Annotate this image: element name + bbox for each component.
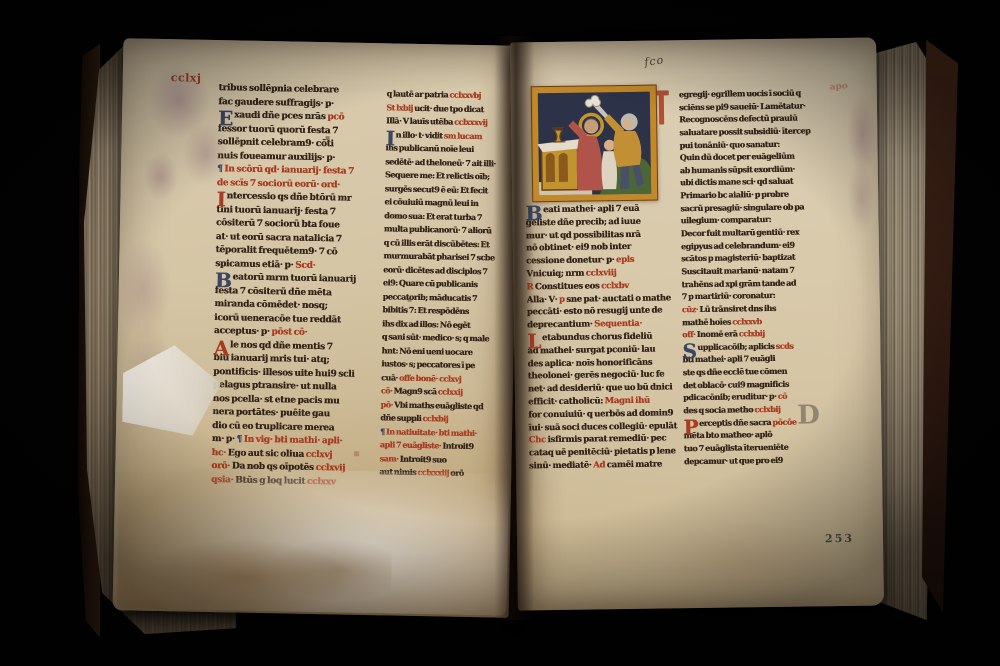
rubric-text: cclxxvbj xyxy=(449,90,481,101)
rubric-text: cclxxvb xyxy=(732,316,762,326)
stain-brown-bottom xyxy=(130,525,392,622)
rubric-text: Ad xyxy=(593,460,605,470)
ink-text: iustos· s; peccatores ī pe xyxy=(381,358,475,370)
ink-text: for conuiuiū· q uerbōs ad domin9 xyxy=(528,408,673,420)
right-page: fco apo Beati mathei xyxy=(510,37,884,610)
rubric-text: cclxviij xyxy=(586,268,617,278)
ink-text: q sani sūt· medico· s; q male xyxy=(382,331,489,343)
ink-text: theolonei· gerēs negociū· luc fe xyxy=(528,370,665,382)
ink-text: le nos qd dñe mentis 7 xyxy=(230,340,333,352)
executioner-tunic xyxy=(613,131,641,167)
rubric-text: Sequentia· xyxy=(592,319,642,330)
parchment-tear-patch xyxy=(122,344,222,436)
ink-text: Suscitauit marianū· natam 7 xyxy=(681,265,794,277)
ink-text: Decor fuit multarū gentiū· rex xyxy=(681,227,799,239)
ink-text: cōsiterū 7 sociorū bta foue xyxy=(216,218,340,230)
stain-warm-bottom-right xyxy=(626,500,868,613)
ink-text: cataq uē penitēciū· pietatis p lene xyxy=(529,446,676,458)
ink-text: Lū trānsiret dns ihs xyxy=(699,303,776,314)
ink-text: ubi dictis mane sci· qd saluat xyxy=(680,176,793,188)
left-page: cclxj tribus sollēpnia celebrarefac gaud… xyxy=(113,38,520,617)
ink-specks xyxy=(123,38,125,40)
ink-text: upplicacōib; aplicis xyxy=(697,341,775,352)
red-initial-fragment xyxy=(659,90,664,124)
ink-text: aut nimis xyxy=(379,466,417,477)
ink-text: Illā· V lauīs utēba xyxy=(386,115,454,126)
ink-text: ei9: Quare cū publicanis xyxy=(383,277,478,289)
ink-text: fessor tuorū quorū festa 7 xyxy=(218,124,338,136)
rubric-text: hc· xyxy=(211,448,225,458)
ink-text: hnt: Nō eni ueni uocare xyxy=(381,345,472,357)
page-number-stamp: 253 xyxy=(825,532,854,545)
ink-text: īui· suā soci duces collegiū· epulāt xyxy=(528,421,677,433)
ink-text: murmurabāt pharisei 7 scbe xyxy=(383,250,494,262)
ink-text: saluatare possit subsidiū· ītercep xyxy=(679,125,810,137)
ink-text: trahēns ad xpi grām tande ad xyxy=(681,277,796,289)
ink-text: pui tonāniū· quo sanatur: xyxy=(679,138,779,149)
ink-text: ei cōuiuiū magnū leui in xyxy=(384,196,478,208)
rubric-text: cclxxv xyxy=(307,476,336,487)
ink-text: mathē hoīes xyxy=(682,316,732,327)
ink-text: mur· ut qd possibilitas nrā xyxy=(526,229,641,241)
right-page-column-1: Beati mathei· apli 7 euāgeliste dñe prec… xyxy=(525,202,701,476)
ink-text: ihs publicanū noīe leui xyxy=(385,142,473,154)
rubric-text: Scd· xyxy=(293,260,315,270)
ink-text: n illo· t· vidit xyxy=(396,129,444,140)
ink-text: fac gaudere suffragijs· p· xyxy=(218,97,334,109)
rubric-text: de scīs 7 sociorū eorū· ord· xyxy=(217,178,340,190)
ink-text: Inomē erā xyxy=(697,329,739,340)
ink-text: Introit9 suo xyxy=(400,453,447,464)
rubric-text: epls xyxy=(614,255,634,265)
rubric-text: cūz· xyxy=(682,304,700,314)
ink-text: tēporalit frequētem9· 7 cō xyxy=(215,245,337,257)
ink-text: dñe suppli xyxy=(380,412,422,423)
ink-text: eati mathei· apli 7 euā xyxy=(543,204,639,215)
ink-text: ihs dix ad illos: Nō egēt xyxy=(382,318,470,330)
ink-text: des q socia metho xyxy=(683,404,754,415)
rubric-text: pōst cō· xyxy=(269,327,307,338)
rubric-text: cclxbij xyxy=(754,404,780,414)
ink-text: orō xyxy=(449,468,464,478)
left-page-column-2: q lautē ar patria cclxxvbjSt lxbij ucit·… xyxy=(379,87,517,483)
ink-text: peccatorib; māducatis 7 xyxy=(383,291,478,303)
ink-text: geliste dñe precib; ad iuue xyxy=(526,217,641,229)
ink-text: ucit· due tpo dicat xyxy=(414,102,484,113)
ink-text: festa 7 cōsiterū dñe mēta xyxy=(215,286,332,298)
ink-text: sne pat· auctati o mathe xyxy=(565,293,671,304)
manuscript-text-line: cataq uē penitēciū· pietatis p lene xyxy=(529,445,701,460)
ink-text: 7 p martiriū· coronatur: xyxy=(682,290,776,301)
ink-text: Ego aut sic oliua xyxy=(226,448,306,460)
ink-text: domo sua: Et erat turba 7 xyxy=(384,210,482,222)
ink-text: surgēs secut9 ē eū: Et fecit xyxy=(385,183,488,195)
ink-text: cessione donetur· p· xyxy=(526,255,614,266)
ink-text: des aplica· noīs honorificāns xyxy=(527,357,652,369)
ink-text: Introit9 xyxy=(442,440,473,451)
ink-text: dio cū eo truplicare merea xyxy=(212,421,334,433)
rubric-text: pō· xyxy=(380,399,394,409)
ink-text: q cū illis erāt discūbētes: Et xyxy=(384,237,490,249)
rubric-text: cclxbv xyxy=(601,281,629,291)
ink-text: uilegium· comparatur: xyxy=(680,214,771,225)
rubric-text: cclxbij xyxy=(422,413,448,423)
rubric-text: cclxxxiij xyxy=(417,467,449,478)
ink-text: Btūs g loq lucit xyxy=(233,475,307,486)
ink-text: isfirmis parat remediū· pec xyxy=(547,434,666,446)
rubric-text: scds xyxy=(776,340,794,350)
ink-text: ab humanis sūpsit exordiūm· xyxy=(680,163,795,175)
ink-text: net· ad desideriū· que uo bū dnici xyxy=(528,383,672,395)
manuscript-text-line: sciēns se pi9 saueiū· Lamētatur· xyxy=(679,99,827,114)
rubric-text: Magni ihū xyxy=(605,396,650,407)
ink-text: Alla· V· xyxy=(527,295,559,305)
ink-text: egregij· egrillem uocis ī sociū q xyxy=(679,88,801,100)
miniature-martyrdom-of-st-matthew xyxy=(531,85,659,203)
ink-text: Recognoscēns defectū prauiū xyxy=(679,113,797,125)
ink-text: multa publicanorū· 7 aliorū xyxy=(384,223,492,235)
rubric-text: pōcōe xyxy=(772,416,796,426)
ink-text: etabundus chorus fideliū xyxy=(542,332,652,344)
ink-text: ad mathei· surgat pconiū· lau xyxy=(527,344,655,356)
ink-text: xaudi dñe pces nrās xyxy=(234,110,326,122)
ink-text: tribus sollēpnia celebrare xyxy=(218,83,338,95)
ink-text: nera portātes· puēite gau xyxy=(212,407,330,419)
ink-text: ste qs dñe ecclē tue cōmen xyxy=(683,366,787,377)
manuscript-text-line: sinū· mediatē· Ad camēi matre xyxy=(529,458,701,473)
ink-inscription: fco xyxy=(644,53,665,69)
ink-text: eorū· dicētes ad disciplos 7 xyxy=(383,264,487,276)
ink-text: bibitis 7: Et respōdēns xyxy=(382,304,469,316)
stain-purple-mid-left xyxy=(118,238,179,409)
ink-text: cuā· xyxy=(381,372,399,382)
ink-text: pdicacōnib; eruditur· p· xyxy=(683,391,778,402)
ink-text: erceptis dñe sacra xyxy=(699,417,773,428)
folio-mark-left: cclxj xyxy=(171,71,202,85)
ink-text: eatorū mrm tuorū ianuarij xyxy=(232,272,355,284)
rubric-text: cō xyxy=(778,391,787,401)
ink-text: sacrū presagiū· singulare ob pa xyxy=(680,201,804,213)
rubric-text: offe bonē· cclxvj xyxy=(399,372,461,383)
rubric-text: qsia· xyxy=(211,475,233,485)
ink-text: Da nob qs oīpotēs xyxy=(230,461,316,473)
rubric-text: cclxvj xyxy=(306,449,333,460)
ink-text: Magn9 scā xyxy=(393,386,437,397)
rubric-text: In natiuitate· bti mathi· xyxy=(385,426,477,438)
ink-text: biū ianuarij mris tui· atq; xyxy=(213,353,329,365)
ink-text: pontificis· illesos uite hui9 scli xyxy=(213,367,354,380)
rubric-text: sm lucam xyxy=(444,130,482,141)
rubric-text: orō· xyxy=(211,461,230,471)
ink-text: pelagus ptransire· ut nulla xyxy=(213,380,337,392)
rubric-text: In scōrū qd· ianuarij· festa 7 xyxy=(222,164,354,177)
rubric-text: apli 7 euāgliste· xyxy=(380,439,443,450)
ink-text: nos pcella· st etne pacis mu xyxy=(213,394,340,406)
manuscript-text-line: saluatare possit subsidiū· ītercep xyxy=(679,124,827,139)
ink-text: scātos p magisteriū· baptizat xyxy=(681,252,795,264)
faded-margin-letter: D xyxy=(797,400,820,430)
ink-text: Vbi maths euāgliste qd xyxy=(394,399,483,411)
ink-text: Sequere me: Et relictis oīb; xyxy=(385,169,490,181)
rubric-text: cclxxij xyxy=(438,386,463,396)
rubric-text: sam· xyxy=(379,453,399,463)
ink-text: sciēns se pi9 saueiū· Lamētatur· xyxy=(679,100,805,112)
rubric-text: In vig· bti mathi· apli· xyxy=(242,435,343,447)
ink-text: Quin dū docet per euāgeliūm xyxy=(680,151,795,163)
ink-text: m· p· xyxy=(212,434,235,444)
rubric-text: cō· xyxy=(381,385,394,395)
rubric-text: pcō xyxy=(325,112,344,122)
ink-text: icorū ueneracōe tue reddāt xyxy=(214,313,341,325)
rubric-text: St lxbij xyxy=(386,102,414,113)
manuscript-text-line: depcamur· ut que pro ei9 xyxy=(684,453,832,468)
ink-text: camēi matre xyxy=(605,459,662,470)
ink-text: ntercessio qs dñe btōrū mr xyxy=(226,191,351,203)
ink-text: tuo 7 euāglista īterueniēte xyxy=(684,442,789,453)
ink-text: tini tuorū ianuarij· festa 7 xyxy=(216,205,335,217)
ink-text: efficit· catholicū: xyxy=(528,396,605,407)
rubric-text: cclxvij xyxy=(315,463,345,474)
rubric-text: cclxbij xyxy=(739,328,765,338)
ink-text: depcamur· ut que pro ei9 xyxy=(684,454,783,465)
left-page-column-1: tribus sollēpnia celebrarefac gaudere su… xyxy=(211,82,405,495)
ink-text: sollēpnit celebram9· cōti xyxy=(217,137,333,149)
ink-text: peccāti· esto nō resugij unte de xyxy=(527,306,662,318)
rubric-text: cclxxxvij xyxy=(454,117,487,128)
ink-text: Vnicuiq; nrm xyxy=(526,269,585,280)
ink-text: sinū· mediatē· xyxy=(529,460,593,471)
ink-text: egipyus ad celebrandum· ei9 xyxy=(681,239,795,251)
ink-text: sedētē· ad theloneū· 7 ait illi· xyxy=(385,156,496,168)
book-cover-edge-right xyxy=(922,40,958,624)
ink-text: Constitues eos xyxy=(535,281,601,292)
manuscript-text-line: qsia· Btūs g loq lucit cclxxv xyxy=(211,474,397,491)
ink-text: at· ut eorū sacra natalicia 7 xyxy=(216,232,342,244)
manuscript-photo: cclxj tribus sollēpnia celebrarefac gaud… xyxy=(0,0,1000,666)
ink-text: det oblacō· cui9 magnificis xyxy=(683,378,789,389)
ink-text: nō obtinet· ei9 nob inter xyxy=(526,242,631,253)
rubric-text: Chc xyxy=(529,435,548,445)
faded-red-mark: apo xyxy=(829,81,848,92)
ink-text: q lautē ar patria xyxy=(386,88,449,99)
ink-text: Primario bc aialiū· p probre xyxy=(680,189,788,201)
ink-text: nuis foueamur auxilijs· p· xyxy=(217,151,335,163)
ink-text: miranda cōmēdet· nosq; xyxy=(214,299,327,311)
manuscript-text-line: aut nimis cclxxxiij orō xyxy=(379,465,509,481)
